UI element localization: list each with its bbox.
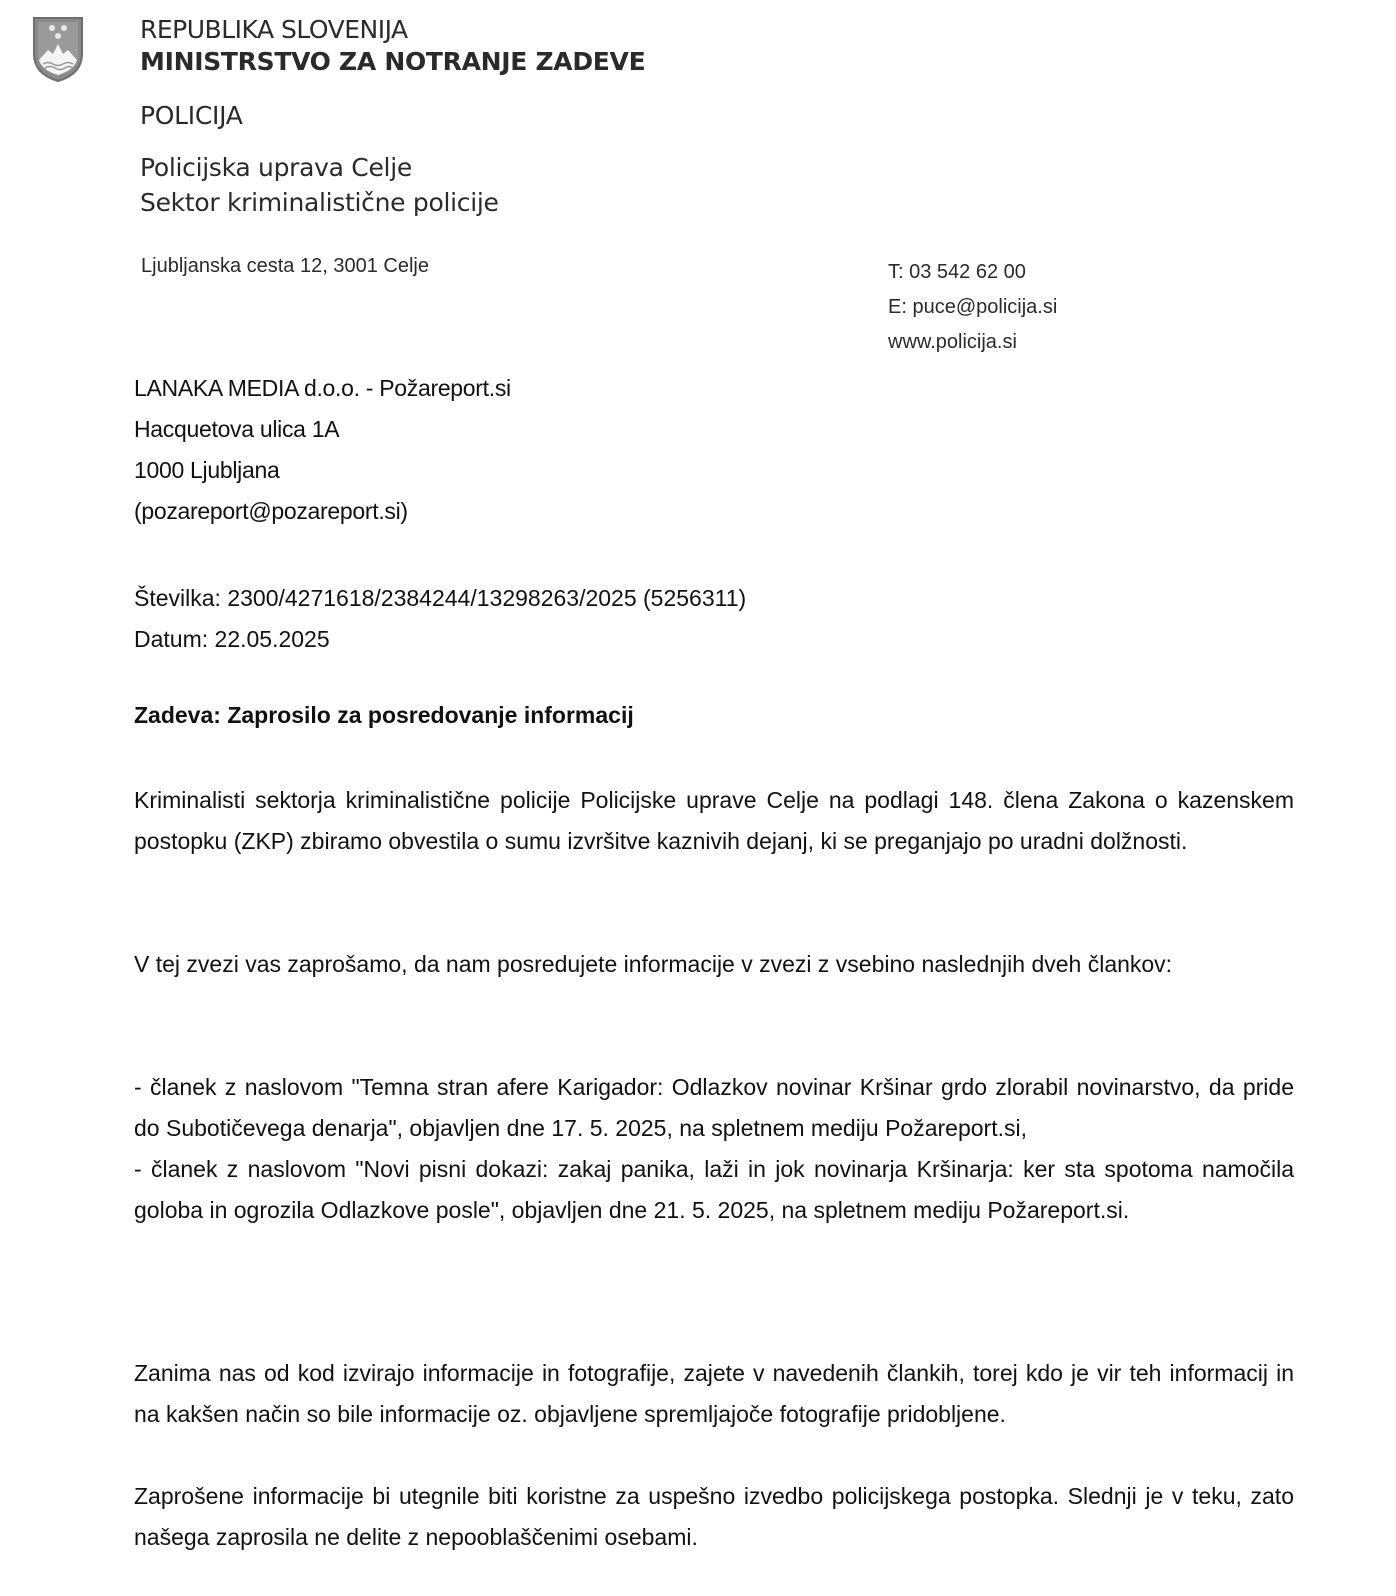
body-paragraph-2: V tej zvezi vas zaprošamo, da nam posred… (134, 944, 1294, 985)
recipient-street: Hacquetova ulica 1A (134, 409, 511, 450)
recipient-email: (pozareport@pozareport.si) (134, 491, 511, 532)
recipient-name: LANAKA MEDIA d.o.o. - Požareport.si (134, 368, 511, 409)
coat-of-arms-icon (30, 14, 86, 84)
sender-phone: T: 03 542 62 00 (888, 255, 1057, 290)
unit-name: Policijska uprava Celje Sektor kriminali… (140, 150, 645, 220)
paragraph-text: Zaprošene informacije bi utegnile biti k… (134, 1476, 1294, 1558)
unit-line-2: Sektor kriminalistične policije (140, 185, 645, 220)
paragraph-text: Zanima nas od kod izvirajo informacije i… (134, 1353, 1294, 1435)
article-list: - članek z naslovom "Temna stran afere K… (134, 1067, 1294, 1231)
article-item-1: - članek z naslovom "Temna stran afere K… (134, 1067, 1294, 1149)
document-meta: Številka: 2300/4271618/2384244/13298263/… (134, 578, 746, 660)
sender-email: E: puce@policija.si (888, 290, 1057, 325)
sender-address: Ljubljanska cesta 12, 3001 Celje (141, 255, 429, 278)
paragraph-text: Kriminalisti sektorja kriminalistične po… (134, 780, 1294, 862)
body-paragraph-5: Zaprošene informacije bi utegnile biti k… (134, 1476, 1294, 1558)
article-item-2: - članek z naslovom "Novi pisni dokazi: … (134, 1149, 1294, 1231)
sender-contact: T: 03 542 62 00 E: puce@policija.si www.… (888, 255, 1057, 360)
recipient-block: LANAKA MEDIA d.o.o. - Požareport.si Hacq… (134, 368, 511, 532)
unit-line-1: Policijska uprava Celje (140, 150, 645, 185)
recipient-city: 1000 Ljubljana (134, 450, 511, 491)
body-paragraph-1: Kriminalisti sektorja kriminalistične po… (134, 780, 1294, 862)
document-date: Datum: 22.05.2025 (134, 619, 746, 660)
country-name: REPUBLIKA SLOVENIJA (140, 14, 645, 46)
ministry-name: MINISTRSTVO ZA NOTRANJE ZADEVE (140, 46, 645, 78)
letterhead: REPUBLIKA SLOVENIJA MINISTRSTVO ZA NOTRA… (140, 14, 645, 220)
organization-name: POLICIJA (140, 100, 645, 132)
body-paragraph-4: Zanima nas od kod izvirajo informacije i… (134, 1353, 1294, 1435)
sender-website: www.policija.si (888, 325, 1057, 360)
document-number: Številka: 2300/4271618/2384244/13298263/… (134, 578, 746, 619)
subject-line: Zadeva: Zaprosilo za posredovanje inform… (134, 700, 634, 730)
paragraph-text: V tej zvezi vas zaprošamo, da nam posred… (134, 944, 1294, 985)
